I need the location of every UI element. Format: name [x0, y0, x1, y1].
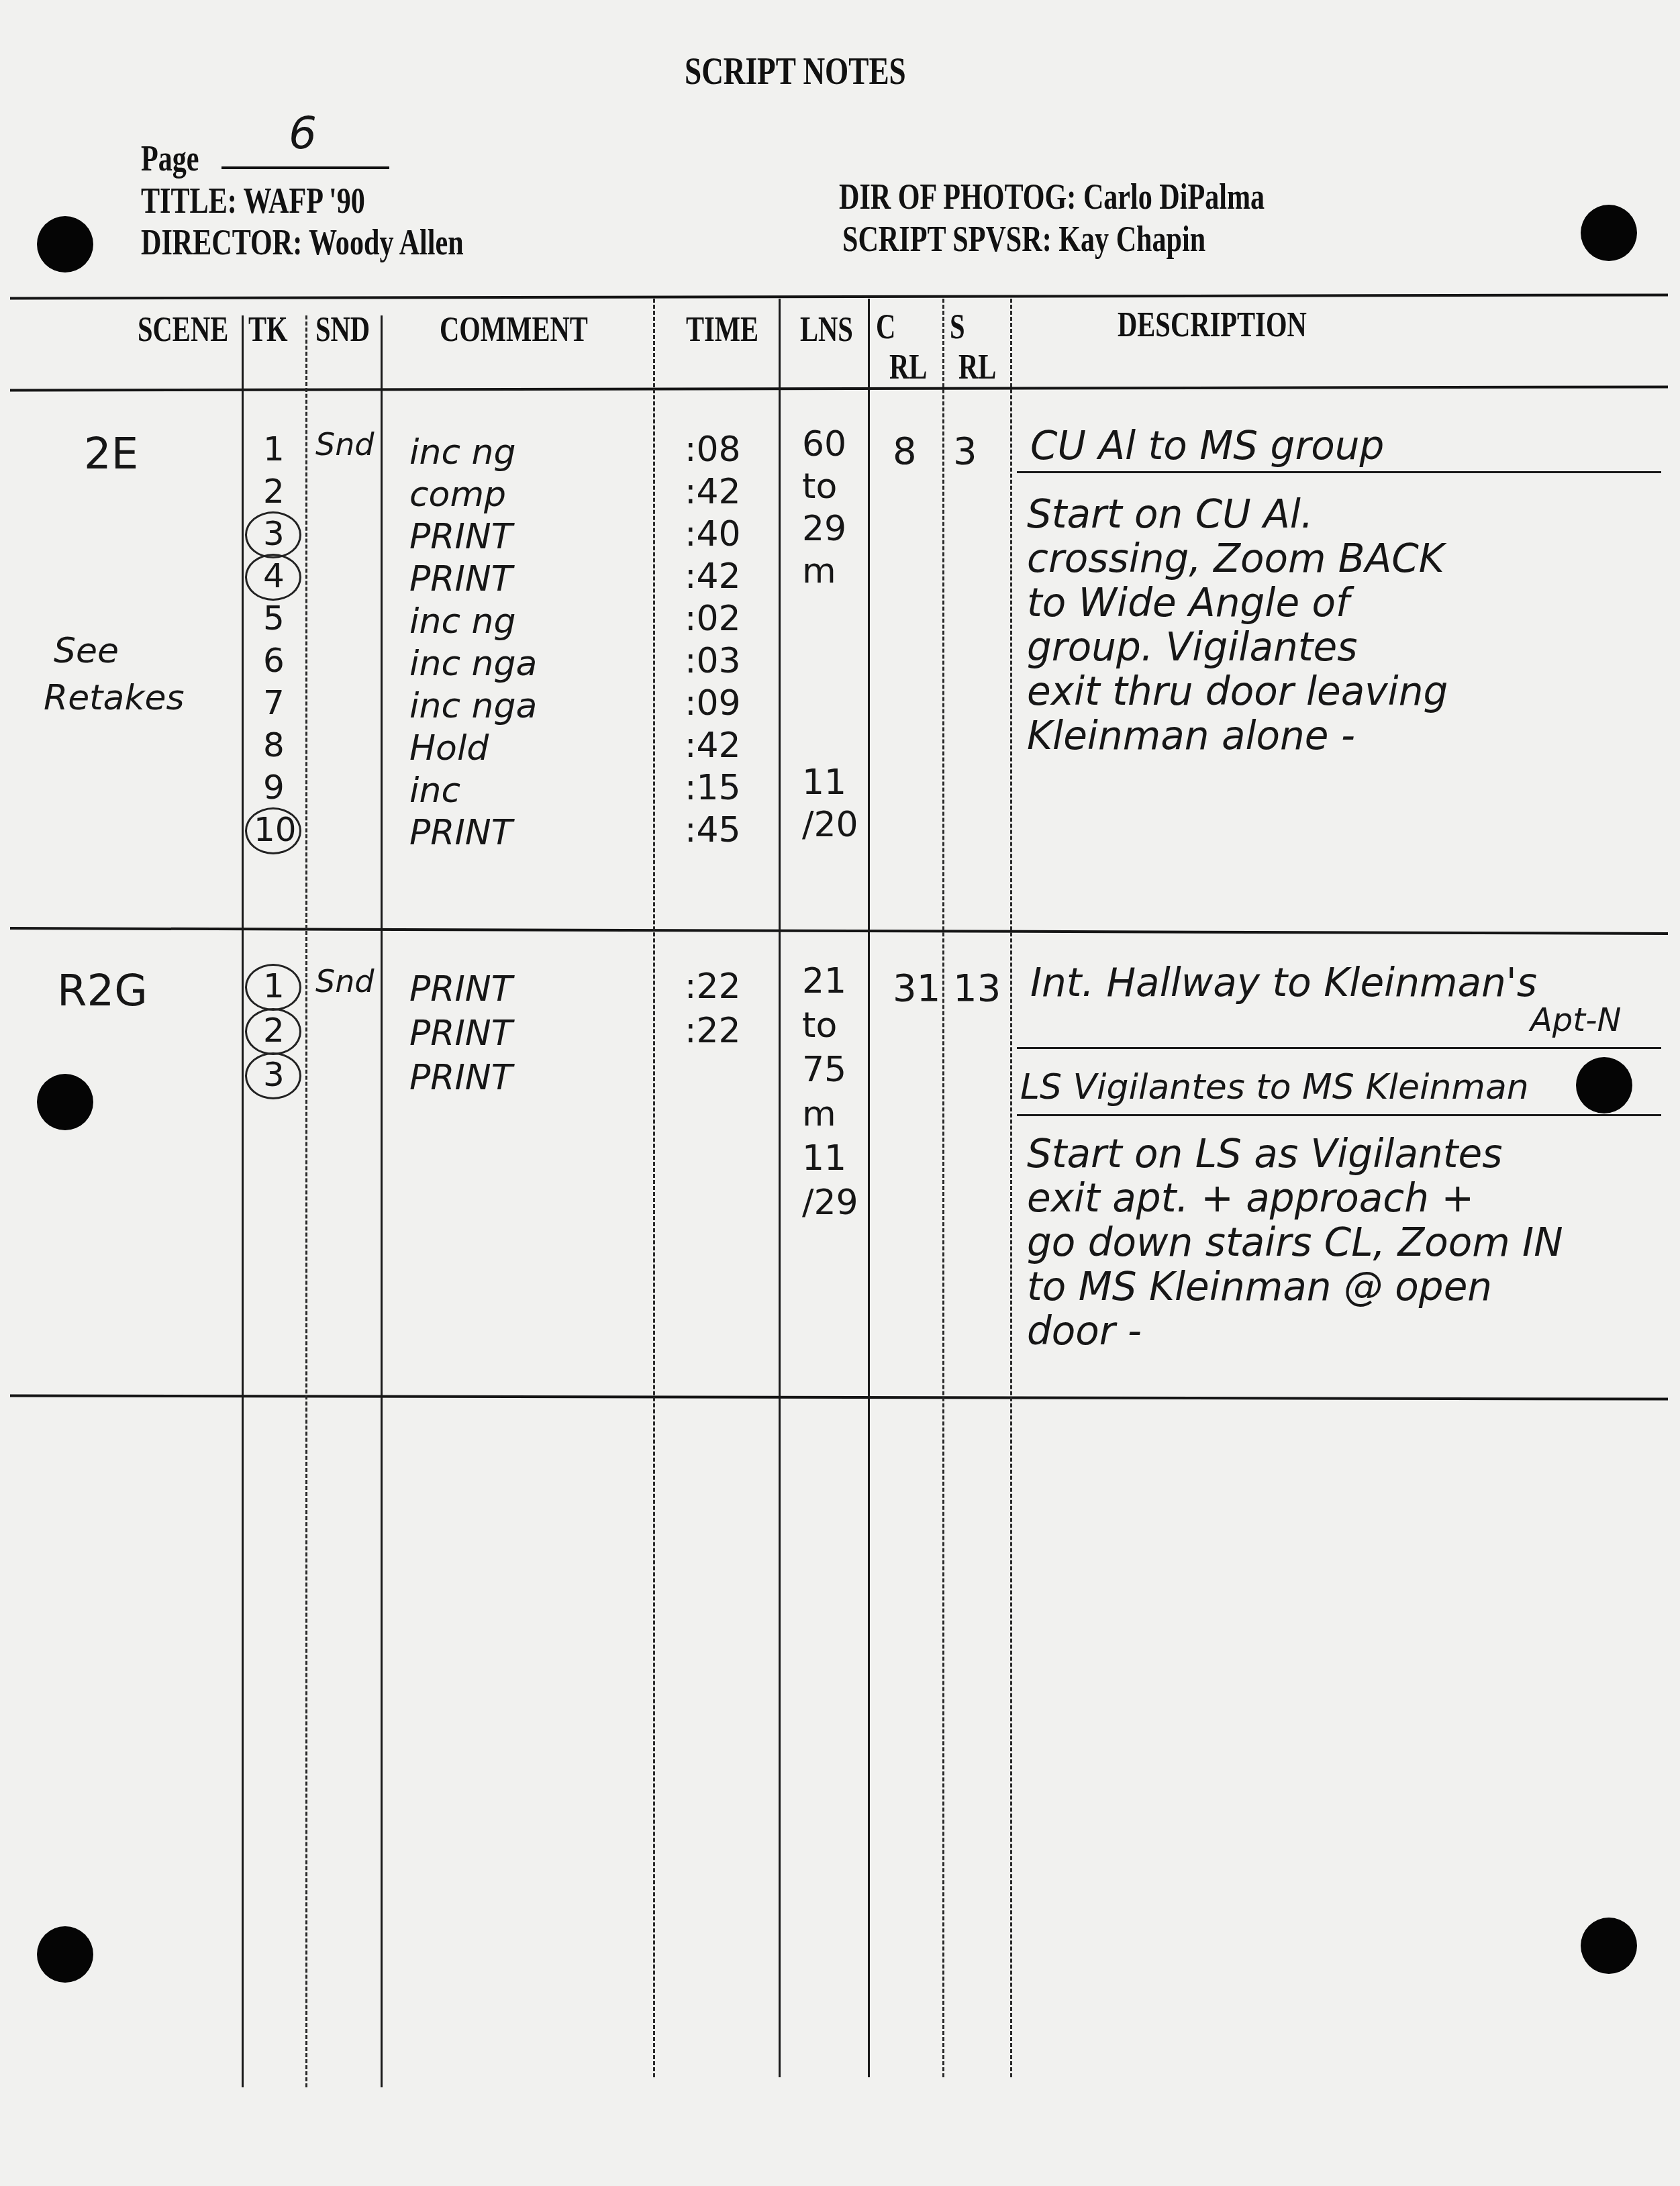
take-number: 9: [263, 768, 285, 807]
camera-roll-value: 31: [893, 966, 940, 1010]
take-number: 5: [263, 599, 285, 638]
lines-value: to: [802, 466, 837, 507]
take-comment: inc nga: [409, 644, 537, 684]
col-sound-roll-top: S: [950, 307, 965, 347]
take-time: :42: [685, 726, 741, 766]
sound-roll-value: 3: [953, 430, 977, 473]
take-time: :22: [685, 1011, 741, 1051]
take-comment: PRINT: [409, 813, 513, 853]
take-circled-icon: [245, 554, 301, 601]
take-circled-icon: [245, 807, 301, 854]
description-line: group. Vigilantes: [1027, 624, 1357, 670]
take-time: :45: [685, 810, 741, 850]
binder-hole-icon: [1581, 1918, 1637, 1974]
take-time: :02: [685, 599, 741, 639]
take-time: :42: [685, 556, 741, 597]
dop-label: DIR OF PHOTOG:: [839, 177, 1076, 217]
take-time: :40: [685, 514, 741, 554]
binder-hole-icon: [1581, 205, 1637, 261]
column-divider: [868, 299, 870, 2077]
col-camera-roll-top: C: [876, 307, 895, 347]
sound-note: Snd: [315, 426, 375, 462]
dop-value: Carlo DiPalma: [1083, 177, 1265, 217]
take-time: :03: [685, 641, 741, 681]
take-comment: inc ng: [409, 432, 516, 473]
lines-value: 11: [802, 1138, 846, 1179]
title-label: TITLE:: [141, 181, 237, 221]
lines-value: /29: [802, 1183, 858, 1223]
take-number: 2: [263, 472, 285, 511]
lines-value: m: [802, 1094, 836, 1134]
description-line: exit apt. + approach +: [1027, 1175, 1474, 1221]
take-number: 1: [263, 430, 285, 468]
lines-value: 11: [802, 762, 846, 803]
description-line: to Wide Angle of: [1027, 580, 1349, 626]
description-line: to MS Kleinman @ open: [1027, 1264, 1492, 1309]
scene-divider-rule: [10, 1394, 1668, 1400]
take-comment: Hold: [409, 728, 489, 768]
lines-value: to: [802, 1005, 837, 1046]
take-comment: inc nga: [409, 686, 537, 726]
scene-number: R2G: [57, 966, 148, 1016]
director-value: Woody Allen: [309, 222, 464, 262]
take-time: :22: [685, 966, 741, 1007]
supervisor-label: SCRIPT SPVSR:: [842, 219, 1052, 259]
col-time: TIME: [686, 310, 758, 350]
binder-hole-icon: [37, 216, 93, 272]
side-note: Retakes: [44, 678, 185, 718]
col-scene: SCENE: [138, 310, 228, 350]
take-circled-icon: [245, 511, 301, 558]
col-camera-roll-bottom: RL: [889, 348, 927, 387]
take-circled-icon: [245, 1008, 301, 1055]
supervisor-value: Kay Chapin: [1058, 219, 1205, 259]
take-comment: PRINT: [409, 1013, 513, 1054]
lines-value: 29: [802, 509, 846, 549]
take-number: 6: [263, 641, 285, 680]
take-comment: PRINT: [409, 969, 513, 1009]
take-circled-icon: [245, 1052, 301, 1099]
description-heading: CU Al to MS group: [1030, 423, 1384, 468]
page-number-underline: [221, 166, 389, 169]
col-comment: COMMENT: [440, 310, 588, 350]
column-divider: [779, 299, 781, 2077]
column-divider: [1010, 299, 1012, 2077]
sound-note: Snd: [315, 963, 375, 999]
column-divider: [305, 315, 307, 2087]
description-divider: [1017, 1114, 1661, 1116]
description-line: exit thru door leaving: [1027, 668, 1448, 714]
take-circled-icon: [245, 964, 301, 1011]
scene-divider-rule: [10, 927, 1668, 935]
col-sound-roll-bottom: RL: [958, 348, 996, 387]
description-line: Start on CU Al.: [1027, 491, 1313, 537]
binder-hole-icon: [1576, 1057, 1632, 1113]
header-bottom-rule: [10, 385, 1668, 391]
lines-value: 60: [802, 424, 846, 464]
col-sound: SND: [315, 310, 370, 350]
column-divider: [242, 315, 244, 2087]
table-top-rule: [10, 293, 1668, 299]
director-label: DIRECTOR:: [141, 222, 302, 262]
supervisor-field: SCRIPT SPVSR: Kay Chapin: [842, 218, 1205, 260]
title-value: WAFP '90: [244, 181, 365, 221]
scene-number: 2E: [84, 430, 138, 479]
lines-value: /20: [802, 805, 858, 845]
take-number: 8: [263, 726, 285, 764]
column-divider: [653, 299, 655, 2077]
col-take: TK: [248, 310, 288, 350]
description-line: go down stairs CL, Zoom IN: [1027, 1220, 1563, 1265]
take-comment: PRINT: [409, 559, 513, 599]
description-heading: Apt-N: [1530, 1001, 1621, 1039]
description-line: door -: [1027, 1308, 1142, 1354]
lines-value: 21: [802, 961, 846, 1001]
description-heading: Int. Hallway to Kleinman's: [1030, 960, 1537, 1005]
page-label: Page: [141, 138, 199, 179]
take-comment: inc ng: [409, 601, 516, 642]
take-comment: comp: [409, 475, 506, 515]
description-line: Kleinman alone -: [1027, 713, 1355, 758]
lines-value: m: [802, 551, 836, 591]
lines-value: 75: [802, 1050, 846, 1090]
side-note: See: [54, 631, 119, 671]
description-subheading: LS Vigilantes to MS Kleinman: [1020, 1067, 1529, 1107]
description-line: crossing, Zoom BACK: [1027, 536, 1444, 581]
take-comment: PRINT: [409, 1058, 513, 1098]
col-description: DESCRIPTION: [1118, 305, 1307, 345]
binder-hole-icon: [37, 1926, 93, 1983]
director-field: DIRECTOR: Woody Allen: [141, 221, 464, 263]
sound-roll-value: 13: [953, 966, 1001, 1010]
description-divider: [1017, 471, 1661, 473]
description-divider: [1017, 1047, 1661, 1049]
take-comment: PRINT: [409, 517, 513, 557]
column-divider: [942, 299, 944, 2077]
binder-hole-icon: [37, 1074, 93, 1130]
take-time: :42: [685, 472, 741, 512]
take-time: :09: [685, 683, 741, 724]
take-time: :08: [685, 430, 741, 470]
column-divider: [381, 315, 383, 2087]
dop-field: DIR OF PHOTOG: Carlo DiPalma: [839, 176, 1265, 217]
camera-roll-value: 8: [893, 430, 917, 473]
col-lines: LNS: [800, 310, 853, 350]
page-number: 6: [289, 107, 317, 159]
take-number: 7: [263, 683, 285, 722]
form-title: SCRIPT NOTES: [685, 48, 906, 93]
take-time: :15: [685, 768, 741, 808]
description-line: Start on LS as Vigilantes: [1027, 1131, 1502, 1177]
take-comment: inc: [409, 771, 460, 811]
title-field: TITLE: WAFP '90: [141, 180, 365, 221]
